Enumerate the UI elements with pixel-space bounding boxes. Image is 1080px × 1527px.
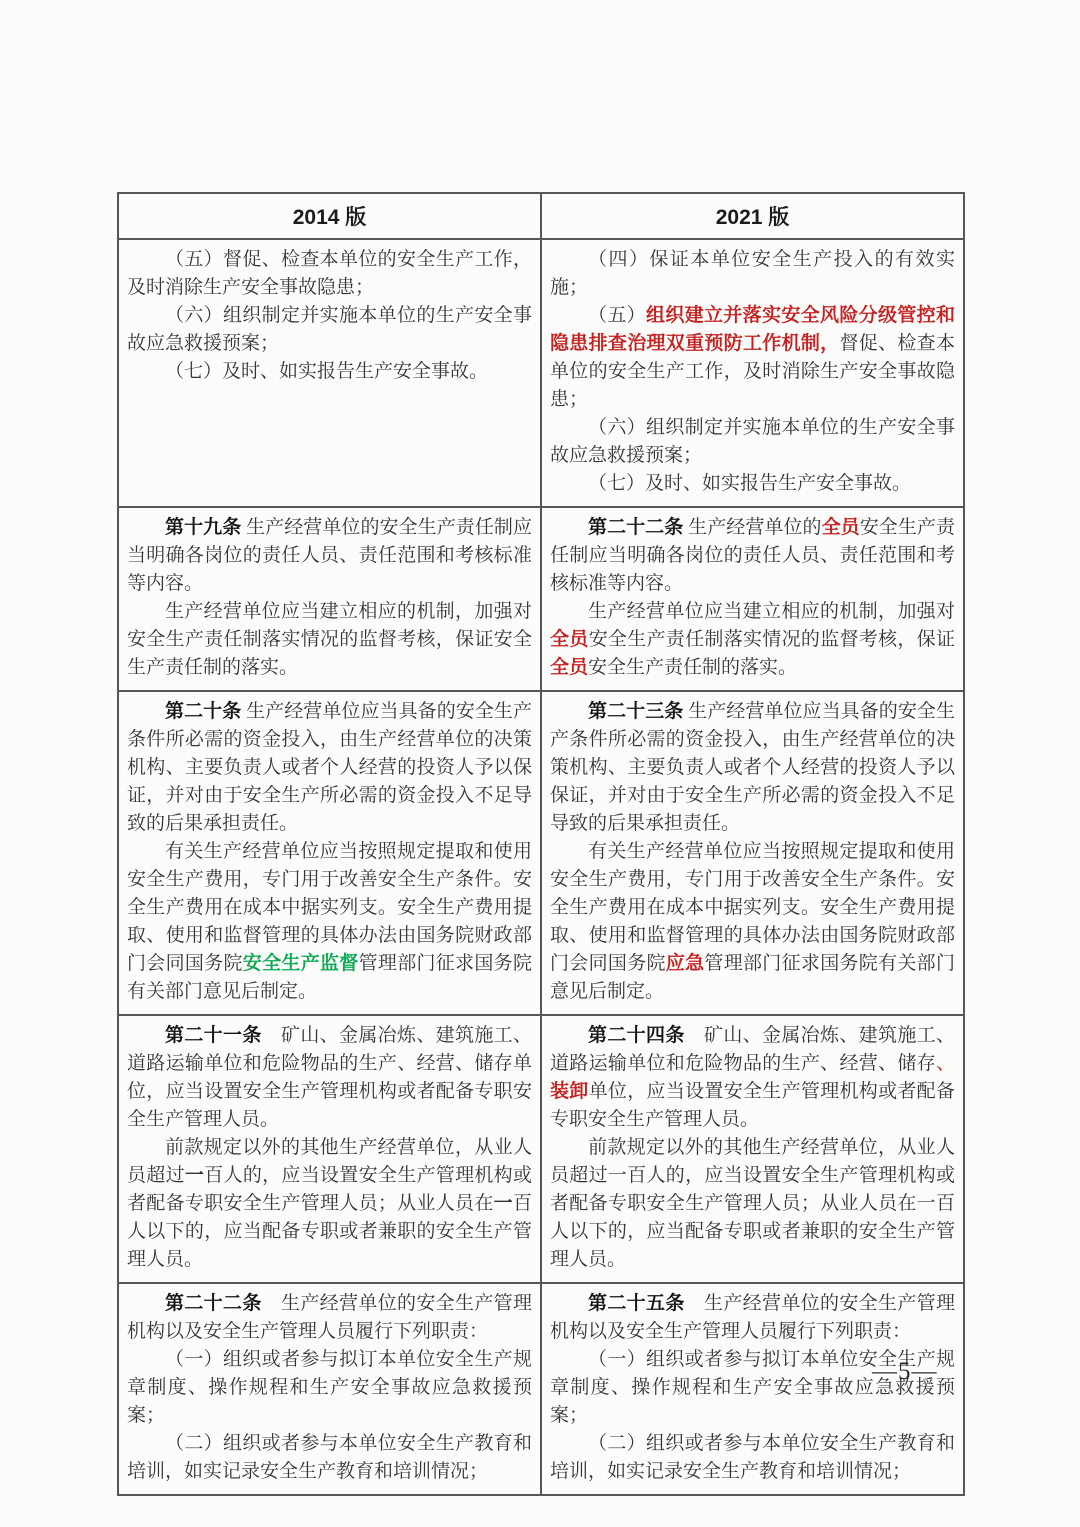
column-header-2021: 2021 版 xyxy=(541,193,964,239)
text-segment: 前款规定以外的其他生产经营单位，从业人员超过一百人的，应当设置安全生产管理机构或… xyxy=(550,1137,955,1270)
cell-2014: 第二十条 生产经营单位应当具备的安全生产条件所必需的资金投入，由生产经营单位的决… xyxy=(118,691,541,1015)
text-segment: （五）督促、检查本单位的安全生产工作，及时消除生产安全事故隐患； xyxy=(127,249,532,298)
paragraph: （四）保证本单位安全生产投入的有效实施； xyxy=(550,246,955,302)
paragraph: （六）组织制定并实施本单位的生产安全事故应急救援预案； xyxy=(127,302,532,358)
text-segment: 第二十一条 xyxy=(165,1025,262,1046)
table-header: 2014 版 2021 版 xyxy=(118,193,964,239)
text-segment: （一）组织或者参与拟订本单位安全生产规章制度、操作规程和生产安全事故应急救援预案… xyxy=(127,1349,532,1426)
cell-2021: 第二十三条 生产经营单位应当具备的安全生产条件所必需的资金投入，由生产经营单位的… xyxy=(541,691,964,1015)
paragraph: 第二十条 生产经营单位应当具备的安全生产条件所必需的资金投入，由生产经营单位的决… xyxy=(127,698,532,838)
paragraph: 第十九条 生产经营单位的安全生产责任制应当明确各岗位的责任人员、责任范围和考核标… xyxy=(127,514,532,598)
paragraph: 有关生产经营单位应当按照规定提取和使用安全生产费用，专门用于改善安全生产条件。安… xyxy=(550,838,955,1006)
text-segment: （七）及时、如实报告生产安全事故。 xyxy=(588,473,911,494)
paragraph: （五）督促、检查本单位的安全生产工作，及时消除生产安全事故隐患； xyxy=(127,246,532,302)
text-segment: 、 xyxy=(936,1053,955,1074)
header-row: 2014 版 2021 版 xyxy=(118,193,964,239)
text-segment: （五） xyxy=(588,305,646,326)
cell-2014: 第十九条 生产经营单位的安全生产责任制应当明确各岗位的责任人员、责任范围和考核标… xyxy=(118,507,541,691)
paragraph: 前款规定以外的其他生产经营单位，从业人员超过一百人的，应当设置安全生产管理机构或… xyxy=(550,1134,955,1274)
text-segment: （二）组织或者参与本单位安全生产教育和培训，如实记录安全生产教育和培训情况； xyxy=(127,1433,532,1482)
cell-2021: （四）保证本单位安全生产投入的有效实施；（五）组织建立并落实安全风险分级管控和隐… xyxy=(541,239,964,507)
paragraph: 生产经营单位应当建立相应的机制，加强对全员安全生产责任制落实情况的监督考核，保证… xyxy=(550,598,955,682)
text-segment: 生产经营单位应当建立相应的机制，加强对安全生产责任制落实情况的监督考核，保证安全… xyxy=(127,601,532,678)
text-segment: 一 xyxy=(494,1193,513,1214)
text-segment: 全员 xyxy=(550,629,589,650)
text-segment: 安全生产责任制落实情况的监督考核，保证 xyxy=(589,629,955,650)
paragraph: （二）组织或者参与本单位安全生产教育和培训，如实记录安全生产教育和培训情况； xyxy=(127,1430,532,1486)
paragraph: （七）及时、如实报告生产安全事故。 xyxy=(127,358,532,386)
paragraph: （七）及时、如实报告生产安全事故。 xyxy=(550,470,955,498)
text-segment: 全员 xyxy=(822,517,860,538)
paragraph: 前款规定以外的其他生产经营单位，从业人员超过一百人的，应当设置安全生产管理机构或… xyxy=(127,1134,532,1274)
cell-2021: 第二十二条 生产经营单位的全员安全生产责任制应当明确各岗位的责任人员、责任范围和… xyxy=(541,507,964,691)
text-segment: 第二十五条 xyxy=(588,1293,685,1314)
paragraph: 生产经营单位应当建立相应的机制，加强对安全生产责任制落实情况的监督考核，保证安全… xyxy=(127,598,532,682)
text-segment: 第二十四条 xyxy=(588,1025,685,1046)
cell-2021: 第二十四条 矿山、金属冶炼、建筑施工、道路运输单位和危险物品的生产、经营、储存、… xyxy=(541,1015,964,1283)
paragraph: 第二十一条 矿山、金属冶炼、建筑施工、道路运输单位和危险物品的生产、经营、储存单… xyxy=(127,1022,532,1134)
text-segment: 装卸 xyxy=(550,1081,589,1102)
text-segment: （七）及时、如实报告生产安全事故。 xyxy=(165,361,488,382)
text-segment: 第二十二条 xyxy=(165,1293,262,1314)
cell-2021: 第二十五条 生产经营单位的安全生产管理机构以及安全生产管理人员履行下列职责：（一… xyxy=(541,1283,964,1495)
paragraph: （一）组织或者参与拟订本单位安全生产规章制度、操作规程和生产安全事故应急救援预案… xyxy=(127,1346,532,1430)
table-row: 第十九条 生产经营单位的安全生产责任制应当明确各岗位的责任人员、责任范围和考核标… xyxy=(118,507,964,691)
paragraph: 第二十二条 生产经营单位的安全生产管理机构以及安全生产管理人员履行下列职责： xyxy=(127,1290,532,1346)
page-number: —5— xyxy=(872,1358,938,1386)
paragraph: 有关生产经营单位应当按照规定提取和使用安全生产费用，专门用于改善安全生产条件。安… xyxy=(127,838,532,1006)
table-row: 第二十条 生产经营单位应当具备的安全生产条件所必需的资金投入，由生产经营单位的决… xyxy=(118,691,964,1015)
text-segment: 应急 xyxy=(666,953,705,974)
document-page: 2014 版 2021 版 （五）督促、检查本单位的安全生产工作，及时消除生产安… xyxy=(0,0,1080,1527)
text-segment: （二）组织或者参与本单位安全生产教育和培训，如实记录安全生产教育和培训情况； xyxy=(550,1433,955,1482)
text-segment: （六）组织制定并实施本单位的生产安全事故应急救援预案； xyxy=(550,417,955,466)
text-segment: 第二十条 xyxy=(165,701,241,722)
cell-2014: 第二十二条 生产经营单位的安全生产管理机构以及安全生产管理人员履行下列职责：（一… xyxy=(118,1283,541,1495)
text-segment: 第十九条 xyxy=(165,517,241,538)
text-segment: 生产经营单位应当建立相应的机制，加强对 xyxy=(588,601,955,622)
paragraph: 第二十三条 生产经营单位应当具备的安全生产条件所必需的资金投入，由生产经营单位的… xyxy=(550,698,955,838)
text-segment: （四）保证本单位安全生产投入的有效实施； xyxy=(550,249,955,298)
text-segment: 第二十三条 xyxy=(588,701,683,722)
text-segment: 生产经营单位的 xyxy=(683,517,821,538)
table-body: （五）督促、检查本单位的安全生产工作，及时消除生产安全事故隐患；（六）组织制定并… xyxy=(118,239,964,1495)
text-segment: 安全生产责任制的落实。 xyxy=(588,657,797,678)
cell-2014: 第二十一条 矿山、金属冶炼、建筑施工、道路运输单位和危险物品的生产、经营、储存单… xyxy=(118,1015,541,1283)
text-segment: 全员 xyxy=(550,657,588,678)
text-segment: （六）组织制定并实施本单位的生产安全事故应急救援预案； xyxy=(127,305,532,354)
column-header-2014: 2014 版 xyxy=(118,193,541,239)
comparison-table: 2014 版 2021 版 （五）督促、检查本单位的安全生产工作，及时消除生产安… xyxy=(117,192,965,1496)
table-row: （五）督促、检查本单位的安全生产工作，及时消除生产安全事故隐患；（六）组织制定并… xyxy=(118,239,964,507)
text-segment: 第二十二条 xyxy=(588,517,683,538)
table-row: 第二十一条 矿山、金属冶炼、建筑施工、道路运输单位和危险物品的生产、经营、储存单… xyxy=(118,1015,964,1283)
text-segment: 单位，应当设置安全生产管理机构或者配备专职安全生产管理人员。 xyxy=(550,1081,955,1130)
text-segment: 安全生产监督 xyxy=(243,953,359,974)
paragraph: （二）组织或者参与本单位安全生产教育和培训，如实记录安全生产教育和培训情况； xyxy=(550,1430,955,1486)
cell-2014: （五）督促、检查本单位的安全生产工作，及时消除生产安全事故隐患；（六）组织制定并… xyxy=(118,239,541,507)
paragraph: （五）组织建立并落实安全风险分级管控和隐患排查治理双重预防工作机制，督促、检查本… xyxy=(550,302,955,414)
paragraph: 第二十五条 生产经营单位的安全生产管理机构以及安全生产管理人员履行下列职责： xyxy=(550,1290,955,1346)
paragraph: 第二十二条 生产经营单位的全员安全生产责任制应当明确各岗位的责任人员、责任范围和… xyxy=(550,514,955,598)
table-row: 第二十二条 生产经营单位的安全生产管理机构以及安全生产管理人员履行下列职责：（一… xyxy=(118,1283,964,1495)
paragraph: 第二十四条 矿山、金属冶炼、建筑施工、道路运输单位和危险物品的生产、经营、储存、… xyxy=(550,1022,955,1134)
paragraph: （六）组织制定并实施本单位的生产安全事故应急救援预案； xyxy=(550,414,955,470)
text-segment: 一 xyxy=(185,1165,204,1186)
